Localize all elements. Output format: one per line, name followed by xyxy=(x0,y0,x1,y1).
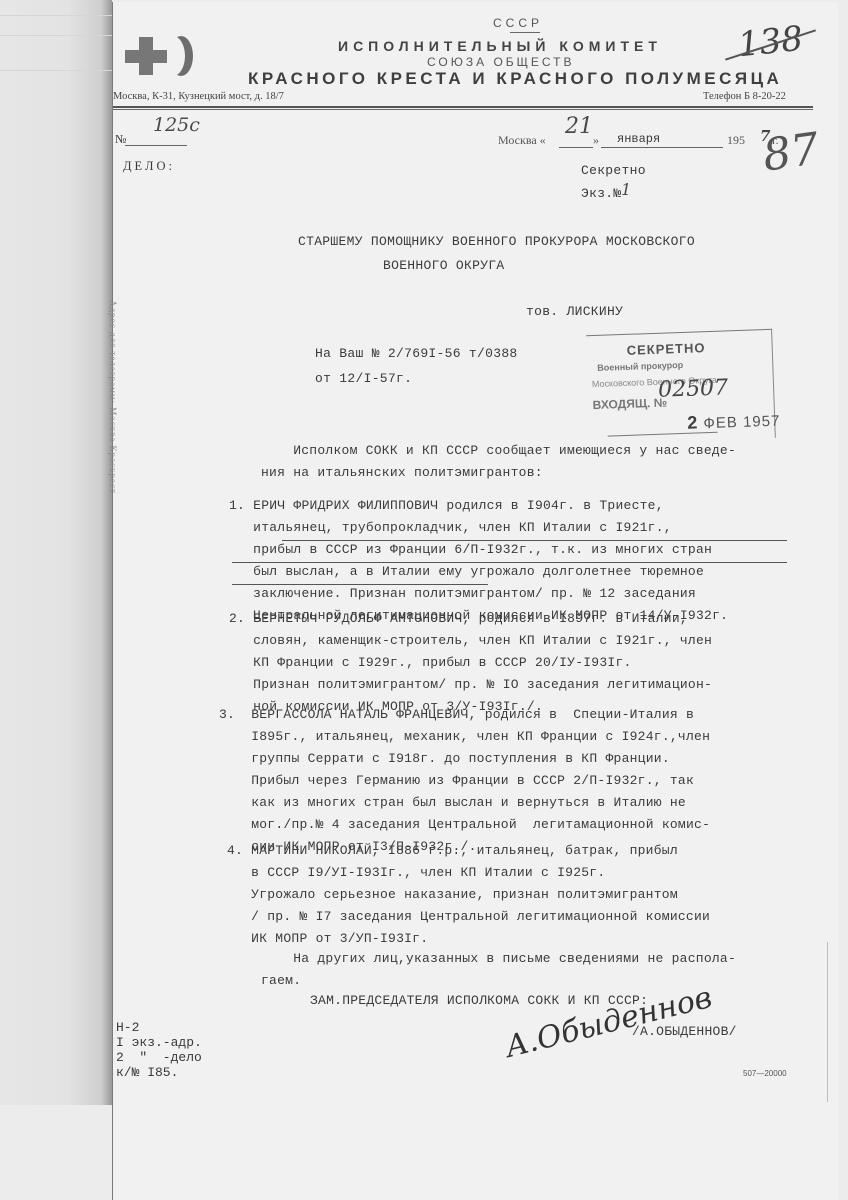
stamp-title: СЕКРЕТНО xyxy=(626,340,705,358)
document-page: СССР ИСПОЛНИТЕЛЬНЫЙ КОМИТЕТ СОЮЗА ОБЩЕСТ… xyxy=(112,2,838,1200)
closing-paragraph: На других лиц,указанных в письме сведени… xyxy=(261,948,736,992)
date-year-suffix: г. xyxy=(772,133,779,148)
letterhead-divider-thin xyxy=(113,109,813,110)
signatory-name: /А.ОБЫДЕННОВ/ xyxy=(632,1021,737,1043)
stamp-date-day: 2 xyxy=(687,412,699,432)
letterhead-divider xyxy=(113,106,813,108)
date-city: Москва « xyxy=(498,133,546,148)
date-month-line xyxy=(601,147,723,148)
margin-vertical-note: Адрес для телеграмм: Москва Краскрест xyxy=(108,300,118,494)
reference-date: от 12/I-57г. xyxy=(315,371,412,386)
crescent-icon xyxy=(161,36,185,76)
letterhead-rule xyxy=(510,32,540,33)
letterhead-org-line2: СОЮЗА ОБЩЕСТВ xyxy=(427,55,575,69)
stamp-border xyxy=(608,432,718,437)
date-day: 21 xyxy=(565,114,593,139)
date-year-digit: 7 xyxy=(760,127,770,145)
stamp-line2: Военный прокурор xyxy=(597,360,683,373)
intro-paragraph: Исполком СОКК и КП СССР сообщает имеющие… xyxy=(261,440,736,484)
print-code: 507—20000 xyxy=(743,1069,787,1078)
stamp-incoming-number: 02507 xyxy=(658,375,729,402)
file-label: ДЕЛО: xyxy=(123,159,175,174)
date-month: января xyxy=(617,132,660,146)
letterhead-org-line1: ИСПОЛНИТЕЛЬНЫЙ КОМИТЕТ xyxy=(338,38,662,54)
reference-number: На Ваш № 2/769I-56 т/0388 xyxy=(315,346,518,361)
date-day-line xyxy=(559,147,593,148)
letterhead-phone: Телефон Б 8-20-22 xyxy=(703,91,786,102)
addressee-line2: ВОЕННОГО ОКРУГА xyxy=(383,258,505,273)
incoming-stamp: СЕКРЕТНО Военный прокурор Московского Во… xyxy=(586,329,776,444)
registration-number: 125с xyxy=(153,114,200,136)
list-item: 3. ВЕРГАССОЛА НАТАЛЬ ФРАНЦЕВИЧ, родился … xyxy=(219,704,710,858)
archive-page-number: 138 xyxy=(736,19,805,66)
addressee-line1: СТАРШЕМУ ПОМОЩНИКУ ВОЕННОГО ПРОКУРОРА МО… xyxy=(298,234,695,249)
letterhead-address: Москва, К-31, Кузнецкий мост, д. 18/7 xyxy=(113,91,284,102)
stamp-date-rest: ФЕВ 1957 xyxy=(703,413,780,433)
copy-number: 1 xyxy=(621,180,631,199)
list-item: 2. БЕРНЕТЫЧ РУДОЛЬФ АНТОНОВИЧ, родился в… xyxy=(229,608,712,718)
page-edge xyxy=(827,942,828,1102)
stamp-line4: ВХОДЯЩ. № xyxy=(592,395,667,412)
stamp-date: 2 ФЕВ 1957 xyxy=(687,410,781,434)
handwritten-underline xyxy=(232,562,787,563)
date-year-prefix: 195 xyxy=(727,133,745,148)
distribution-note: Н-2 I экз.-адр. 2 " -дело к/№ I85. xyxy=(116,1020,202,1080)
addressee-name: тов. ЛИСКИНУ xyxy=(526,304,623,319)
copy-label: Экз.№ xyxy=(581,186,622,201)
registration-line xyxy=(125,145,187,146)
letterhead-org-line3: КРАСНОГО КРЕСТА И КРАСНОГО ПОЛУМЕСЯЦА xyxy=(248,69,782,89)
handwritten-underline xyxy=(282,540,787,541)
list-item: 4. МАРТИНИ НИКОЛАЙ, I886 г.р., итальянец… xyxy=(227,840,710,950)
letterhead-country: СССР xyxy=(493,16,543,30)
date-quote-close: » xyxy=(593,133,599,148)
handwritten-underline xyxy=(232,584,488,585)
secret-label: Секретно xyxy=(581,163,646,178)
underlying-page xyxy=(0,0,112,1105)
